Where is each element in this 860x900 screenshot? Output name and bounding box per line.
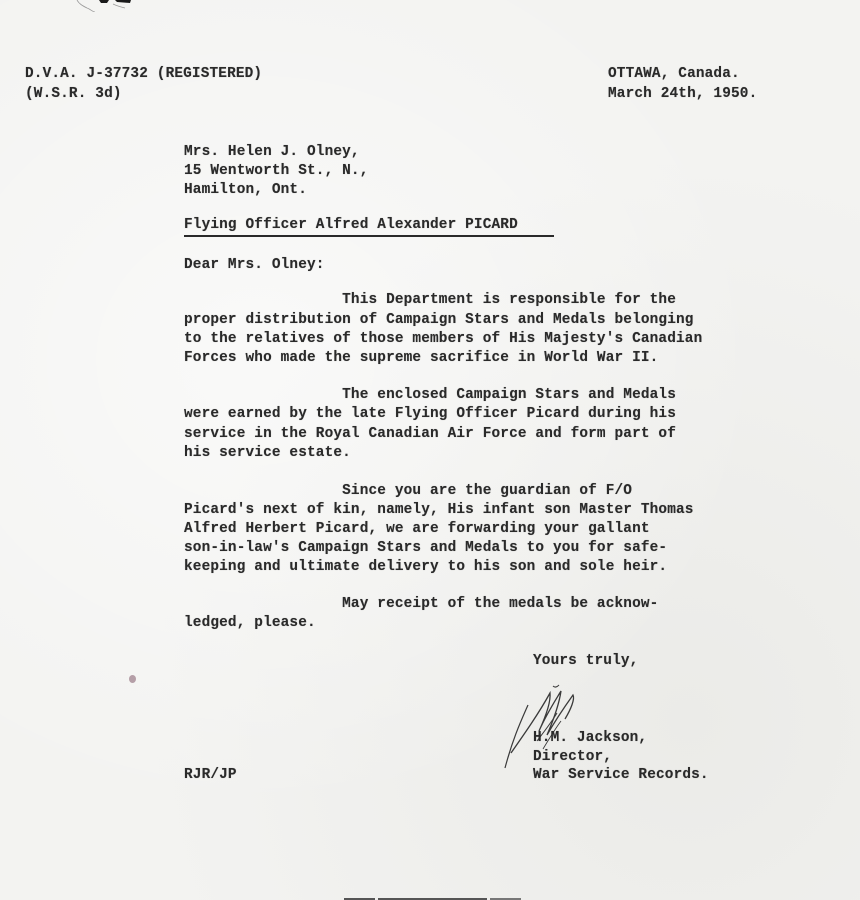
subject-underline [184,235,554,237]
paragraph-line: service in the Royal Canadian Air Force … [184,425,676,444]
letter-page: D.V.A. J-37732 (REGISTERED) (W.S.R. 3d) … [0,0,860,900]
paragraph-line: This Department is responsible for the [184,291,676,310]
paragraph-line: May receipt of the medals be acknow- [184,595,658,614]
signatory-title: Director, [533,748,612,767]
letter-place: OTTAWA, Canada. [608,65,740,84]
paragraph-line: The enclosed Campaign Stars and Medals [184,386,676,405]
paragraph-line: Picard's next of kin, namely, His infant… [184,501,694,520]
paragraph-line: to the relatives of those members of His… [184,330,702,349]
letter-date: March 24th, 1950. [608,85,757,104]
paragraph-line: Since you are the guardian of F/O [184,482,632,501]
subject-line: Flying Officer Alfred Alexander PICARD [184,216,518,235]
torn-corner-mark [75,0,135,12]
salutation: Dear Mrs. Olney: [184,256,325,275]
signatory-name: H.M. Jackson, [533,729,647,748]
paragraph-line: son-in-law's Campaign Stars and Medals t… [184,539,667,558]
reference-number: D.V.A. J-37732 (REGISTERED) [25,65,262,84]
paragraph-line: proper distribution of Campaign Stars an… [184,311,694,330]
paragraph-line: Alfred Herbert Picard, we are forwarding… [184,520,650,539]
closing: Yours truly, [533,652,638,671]
paragraph-line: were earned by the late Flying Officer P… [184,405,676,424]
paragraph-line: Forces who made the supreme sacrifice in… [184,349,658,368]
recipient-city: Hamilton, Ont. [184,181,307,200]
signatory-department: War Service Records. [533,766,709,785]
recipient-street: 15 Wentworth St., N., [184,162,369,181]
reference-file: (W.S.R. 3d) [25,85,122,104]
paragraph-line: his service estate. [184,444,351,463]
paragraph-line: keeping and ultimate delivery to his son… [184,558,667,577]
ink-spot [129,675,136,683]
paragraph-line: ledged, please. [184,614,316,633]
recipient-name: Mrs. Helen J. Olney, [184,143,360,162]
typist-initials: RJR/JP [184,766,237,785]
